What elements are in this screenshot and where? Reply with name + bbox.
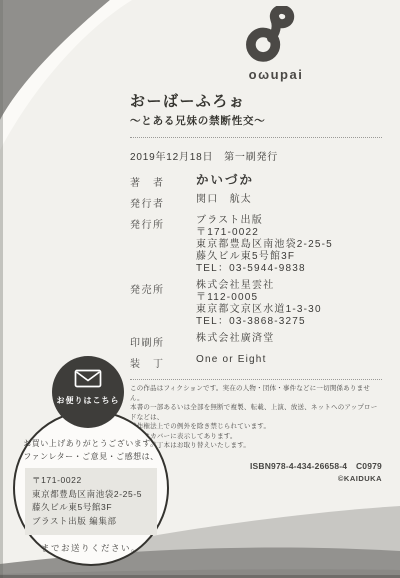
distributor-postal: 〒112-0005 [196,292,322,304]
contact-intro: お買い上げありがとうございます。 ファンレター・ご意見・ご感想は、 [15,438,167,463]
dotted-divider-bottom [130,379,382,380]
isbn-code: ISBN978-4-434-26658-4 C0979 [130,460,382,472]
mail-badge: お便りはこちら [52,356,124,428]
legal-line: この作品はフィクションです。実在の人物・団体・事件などに一切関係ありません。 [130,384,382,403]
brand-logo: oωupai [234,6,318,82]
contact-postal: 〒171-0022 [32,474,150,488]
contact-building: 藤久ビル東5号館3F [32,501,150,515]
row-label: 発売所 [130,280,196,328]
mail-badge-label: お便りはこちら [52,395,124,406]
corner-wedge-decoration [0,0,140,150]
designer-name: One or Eight [196,354,267,366]
colophon-rows: 著 者 かいづか 発行者 関口 航太 発行所 ブラスト出版 〒171-0022 … [130,173,382,370]
distributor-address: 東京都文京区水道1-3-30 [196,304,322,316]
publisher-name: ブラスト出版 [196,215,333,227]
contact-intro-line: ファンレター・ご意見・ご感想は、 [15,451,167,464]
edition-line: 2019年12月18日 第一刷発行 [130,148,382,163]
row-distributor: 発売所 株式会社星雲社 〒112-0005 東京都文京区水道1-3-30 TEL… [130,280,382,328]
row-design: 装 丁 One or Eight [130,354,382,370]
legal-line: 著作権法上での例外を除き禁じられています。 [130,422,382,432]
row-value: 株式会社廣済堂 [196,333,274,349]
contact-department: ブラスト出版 編集部 [32,515,150,529]
distributor-name: 株式会社星雲社 [196,280,322,292]
brand-logo-icon [243,6,309,64]
book-subtitle: 〜とある兄妹の禁断性交〜 [130,113,382,128]
row-value: 株式会社星雲社 〒112-0005 東京都文京区水道1-3-30 TEL：03-… [196,280,322,328]
legal-line: 乱丁・落丁本はお取り替えいたします。 [130,441,382,451]
distributor-tel: TEL：03-3868-3275 [196,316,322,328]
row-value: かいづか [196,173,254,189]
colophon-content: おーばーふろぉ 〜とある兄妹の禁断性交〜 2019年12月18日 第一刷発行 著… [130,90,382,483]
row-value: ブラスト出版 〒171-0022 東京都豊島区南池袋2-25-5 藤久ビル東5号… [196,215,333,275]
contact-address: 東京都豊島区南池袋2-25-5 [32,488,150,502]
contact-intro-line: お買い上げありがとうございます。 [15,438,167,451]
dotted-divider-top [130,137,382,138]
brand-logo-text: oωupai [234,67,318,82]
publisher-postal: 〒171-0022 [196,227,333,239]
envelope-icon [74,369,102,388]
publisher-person-name: 関口 航太 [196,194,252,206]
author-name: かいづか [196,173,254,188]
contact-info-circle: お買い上げありがとうございます。 ファンレター・ご意見・ご感想は、 〒171-0… [13,410,169,566]
row-value: 関口 航太 [196,194,252,210]
row-author: 著 者 かいづか [130,173,382,189]
legal-line: 定価はカバーに表示してあります。 [130,432,382,442]
row-publisher-person: 発行者 関口 航太 [130,194,382,210]
contact-address-box: 〒171-0022 東京都豊島区南池袋2-25-5 藤久ビル東5号館3F ブラス… [25,468,157,535]
publisher-address: 東京都豊島区南池袋2-25-5 [196,239,333,251]
legal-line: 本書の一部あるいは全部を無断で複製、転載、上演、放送、ネットへのアップロードなど… [130,403,382,422]
row-label: 発行者 [130,194,196,210]
scan-edge-left [0,0,3,578]
row-label: 印刷所 [130,333,196,349]
row-printer: 印刷所 株式会社廣済堂 [130,333,382,349]
publisher-tel: TEL：03-5944-9838 [196,263,333,275]
book-title: おーばーふろぉ [130,90,382,111]
legal-notice: この作品はフィクションです。実在の人物・団体・事件などに一切関係ありません。 本… [130,384,382,451]
colophon-page: oωupai おーばーふろぉ 〜とある兄妹の禁断性交〜 2019年12月18日 … [0,0,400,578]
row-label: 装 丁 [130,354,196,370]
printer-name: 株式会社廣済堂 [196,333,274,345]
row-publishing-house: 発行所 ブラスト出版 〒171-0022 東京都豊島区南池袋2-25-5 藤久ビ… [130,215,382,275]
row-label: 発行所 [130,215,196,275]
contact-outro: までお送りください。 [15,542,167,554]
publisher-building: 藤久ビル東5号館3F [196,251,333,263]
row-label: 著 者 [130,173,196,189]
row-value: One or Eight [196,354,267,370]
